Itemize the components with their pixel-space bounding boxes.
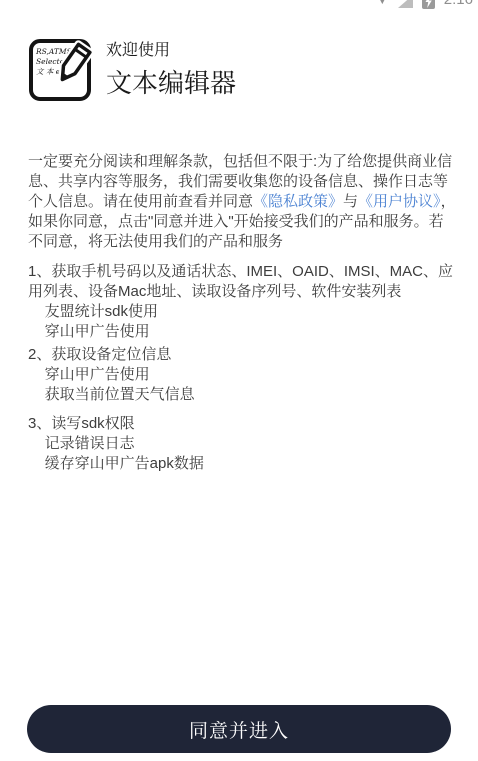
status-time: 2:16	[444, 0, 473, 8]
privacy-notice-paragraph: 一定要充分阅读和理解条款，包括但不限于:为了给您提供商业信息、共享内容等服务，我…	[28, 152, 458, 252]
permission-item-sdk-storage: 3、读写sdk权限 记录错误日志 缓存穿山甲广告apk数据	[28, 414, 458, 474]
welcome-label: 欢迎使用	[106, 42, 236, 60]
header-titles: 欢迎使用 文本编辑器	[106, 38, 236, 98]
text-editor-app-icon: RS,ATMSWD Selected 文 本 est	[28, 38, 92, 102]
status-bar: ▼ 2:16	[363, 0, 478, 11]
user-agreement-link[interactable]: 《用户协议》	[358, 193, 441, 210]
permission-item-location-info: 2、获取设备定位信息 穿山甲广告使用 获取当前位置天气信息	[28, 345, 458, 405]
agree-and-enter-button[interactable]: 同意并进入	[27, 705, 451, 753]
caret-down-icon: ▼	[376, 0, 389, 6]
signal-triangle-icon	[398, 0, 413, 8]
battery-charging-icon	[422, 0, 435, 9]
privacy-consent-screen: ▼ 2:16 RS,ATMSWD Selected 文 本 est 欢迎使用 文…	[0, 0, 478, 761]
app-name-title: 文本编辑器	[106, 68, 236, 98]
notice-text-between: 与	[343, 193, 358, 210]
privacy-policy-link[interactable]: 《隐私政策》	[253, 193, 343, 210]
app-header: RS,ATMSWD Selected 文 本 est 欢迎使用 文本编辑器	[28, 38, 236, 102]
permission-item-phone-device-info: 1、获取手机号码以及通话状态、IMEI、OAID、IMSI、MAC、应用列表、设…	[28, 262, 458, 342]
